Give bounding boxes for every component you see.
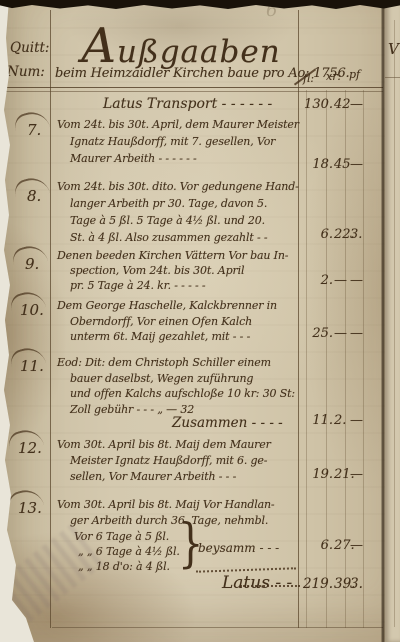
column-header-kreuzer: xr: — [326, 70, 341, 83]
latus-flourish-line — [196, 567, 296, 572]
entry-10-number: 10. — [20, 301, 44, 319]
entry-9-pfennig: — — [350, 273, 363, 288]
entry-9-kreuzer: — — [334, 273, 347, 288]
receipt-number-header-1: Quitt: — [10, 40, 49, 56]
entry-line: spection, Vom 24t. bis 30t. April — [57, 263, 303, 278]
ledger-page: Quitt: Num: Außgaaben beim Heimzaidler K… — [0, 0, 400, 642]
entry-11-number: 11. — [20, 357, 44, 375]
entry-12-text: Vom 30t. April bis 8t. Maij dem Maurer M… — [57, 437, 303, 485]
column-header-pfennig: pf — [349, 68, 360, 81]
entry-line: bauer daselbst, Wegen zuführung — [57, 371, 303, 387]
entry-line: sellen, Vor Maurer Arbeith - - - — [57, 469, 303, 485]
entry-11-kreuzer: 2. — [334, 413, 346, 428]
entry-9-text: Denen beeden Kirchen Vättern Vor bau In-… — [57, 248, 303, 293]
entry-line: Vom 30t. April bis 8t. Maij Vor Handlan- — [57, 497, 303, 513]
entry-line: langer Arbeith pr 30. Tage, davon 5. — [57, 195, 303, 212]
entry-line: Maurer Arbeith - - - - - - — [57, 150, 303, 167]
entry-line: Oberndorff, Vor einen Ofen Kalch — [57, 314, 303, 330]
entry-8-florin: 6. — [300, 227, 333, 242]
latus-florin: 219. — [300, 576, 333, 592]
entry-line: Vom 24t. bis 30t. April, dem Maurer Meis… — [57, 116, 303, 133]
receipt-number-header-2: Num: — [7, 64, 45, 80]
next-page-rule — [385, 77, 400, 78]
entry-line: Ignatz Haußdorff, mit 7. gesellen, Vor — [57, 133, 303, 150]
latus-total-label: Latus - - — [222, 573, 292, 593]
header-rule-top — [6, 87, 383, 88]
column-header-florin: fl: — [303, 72, 314, 85]
entry-7-number: 7. — [27, 121, 41, 139]
entry-10-text: Dem George Haschelle, Kalckbrenner in Ob… — [57, 298, 303, 345]
entry-9-number: 9. — [25, 255, 39, 273]
entry-13-pfennig: — — [350, 538, 363, 553]
bottom-rule — [52, 627, 383, 628]
entry-9-florin: 2. — [300, 273, 333, 288]
header-rule-bottom — [6, 91, 383, 92]
latus-pfennig: 3. — [350, 576, 363, 592]
entry-13-number: 13. — [18, 499, 42, 517]
latus-transport-label: Latus Transport - - - - - - — [103, 96, 272, 112]
entry-line: Vom 24t. bis 30t. dito. Vor gedungene Ha… — [57, 178, 303, 195]
entry-line: Vom 30t. April bis 8t. Maij dem Maurer — [57, 437, 303, 453]
transport-kreuzer: 42 — [334, 97, 351, 112]
entry-12-number: 12. — [18, 439, 42, 457]
next-page-sliver: V — [385, 0, 400, 642]
entry-11-florin: 11. — [300, 413, 333, 428]
entry-7-florin: 18. — [300, 157, 333, 172]
entry-8-text: Vom 24t. bis 30t. dito. Vor gedungene Ha… — [57, 178, 303, 246]
entry-8-pfennig: 3. — [350, 227, 362, 242]
entry-10-pfennig: — — [350, 326, 363, 341]
entry-line: St. à 4 ßl. Also zusammen gezahlt - - — [57, 229, 303, 246]
entry-line: Meister Ignatz Haußdorff, mit 6. ge- — [57, 453, 303, 469]
entry-line: Denen beeden Kirchen Vättern Vor bau In- — [57, 248, 303, 263]
entry-line: pr. 5 Tage à 24. kr. - - - - - — [57, 278, 303, 293]
entry-7-text: Vom 24t. bis 30t. April, dem Maurer Meis… — [57, 116, 303, 167]
entry-line: und offen Kalchs aufschloße 10 kr: 30 St… — [57, 386, 303, 402]
num-column-rule — [50, 10, 51, 628]
manuscript-scan: Quitt: Num: Außgaaben beim Heimzaidler K… — [0, 0, 400, 642]
page-subtitle: beim Heimzaidler Kirchen baue pro Ao: 17… — [55, 66, 309, 81]
money-rule-4 — [363, 90, 364, 628]
entry-12-florin: 19. — [300, 467, 333, 482]
transport-florin: 130. — [300, 97, 333, 112]
entry-line: Tage à 5 ßl. 5 Tage à 4½ ßl. und 20. — [57, 212, 303, 229]
entry-13-brace-label: beysamm - - - — [198, 541, 279, 555]
entry-7-pfennig: — — [350, 157, 363, 172]
entry-11-sum-label: Zusammen - - - - — [172, 415, 283, 431]
entry-10-florin: 25. — [300, 326, 333, 341]
entry-13-florin: 6. — [300, 538, 333, 553]
entry-line: Eod: Dit: dem Christoph Schiller einem — [57, 355, 303, 371]
entry-10-kreuzer: — — [334, 326, 347, 341]
entry-line: unterm 6t. Maij gezahlet, mit - - - — [57, 329, 303, 345]
entry-line: Dem George Haschelle, Kalckbrenner in — [57, 298, 303, 314]
entry-11-text: Eod: Dit: dem Christoph Schiller einem b… — [57, 355, 303, 417]
entry-8-number: 8. — [27, 187, 41, 205]
entry-11-pfennig: — — [350, 413, 363, 428]
transport-pfennig: — — [350, 97, 363, 112]
entry-12-pfennig: — — [350, 467, 363, 482]
next-page-column-rule — [394, 20, 395, 627]
entry-7-kreuzer: 45 — [334, 157, 351, 172]
